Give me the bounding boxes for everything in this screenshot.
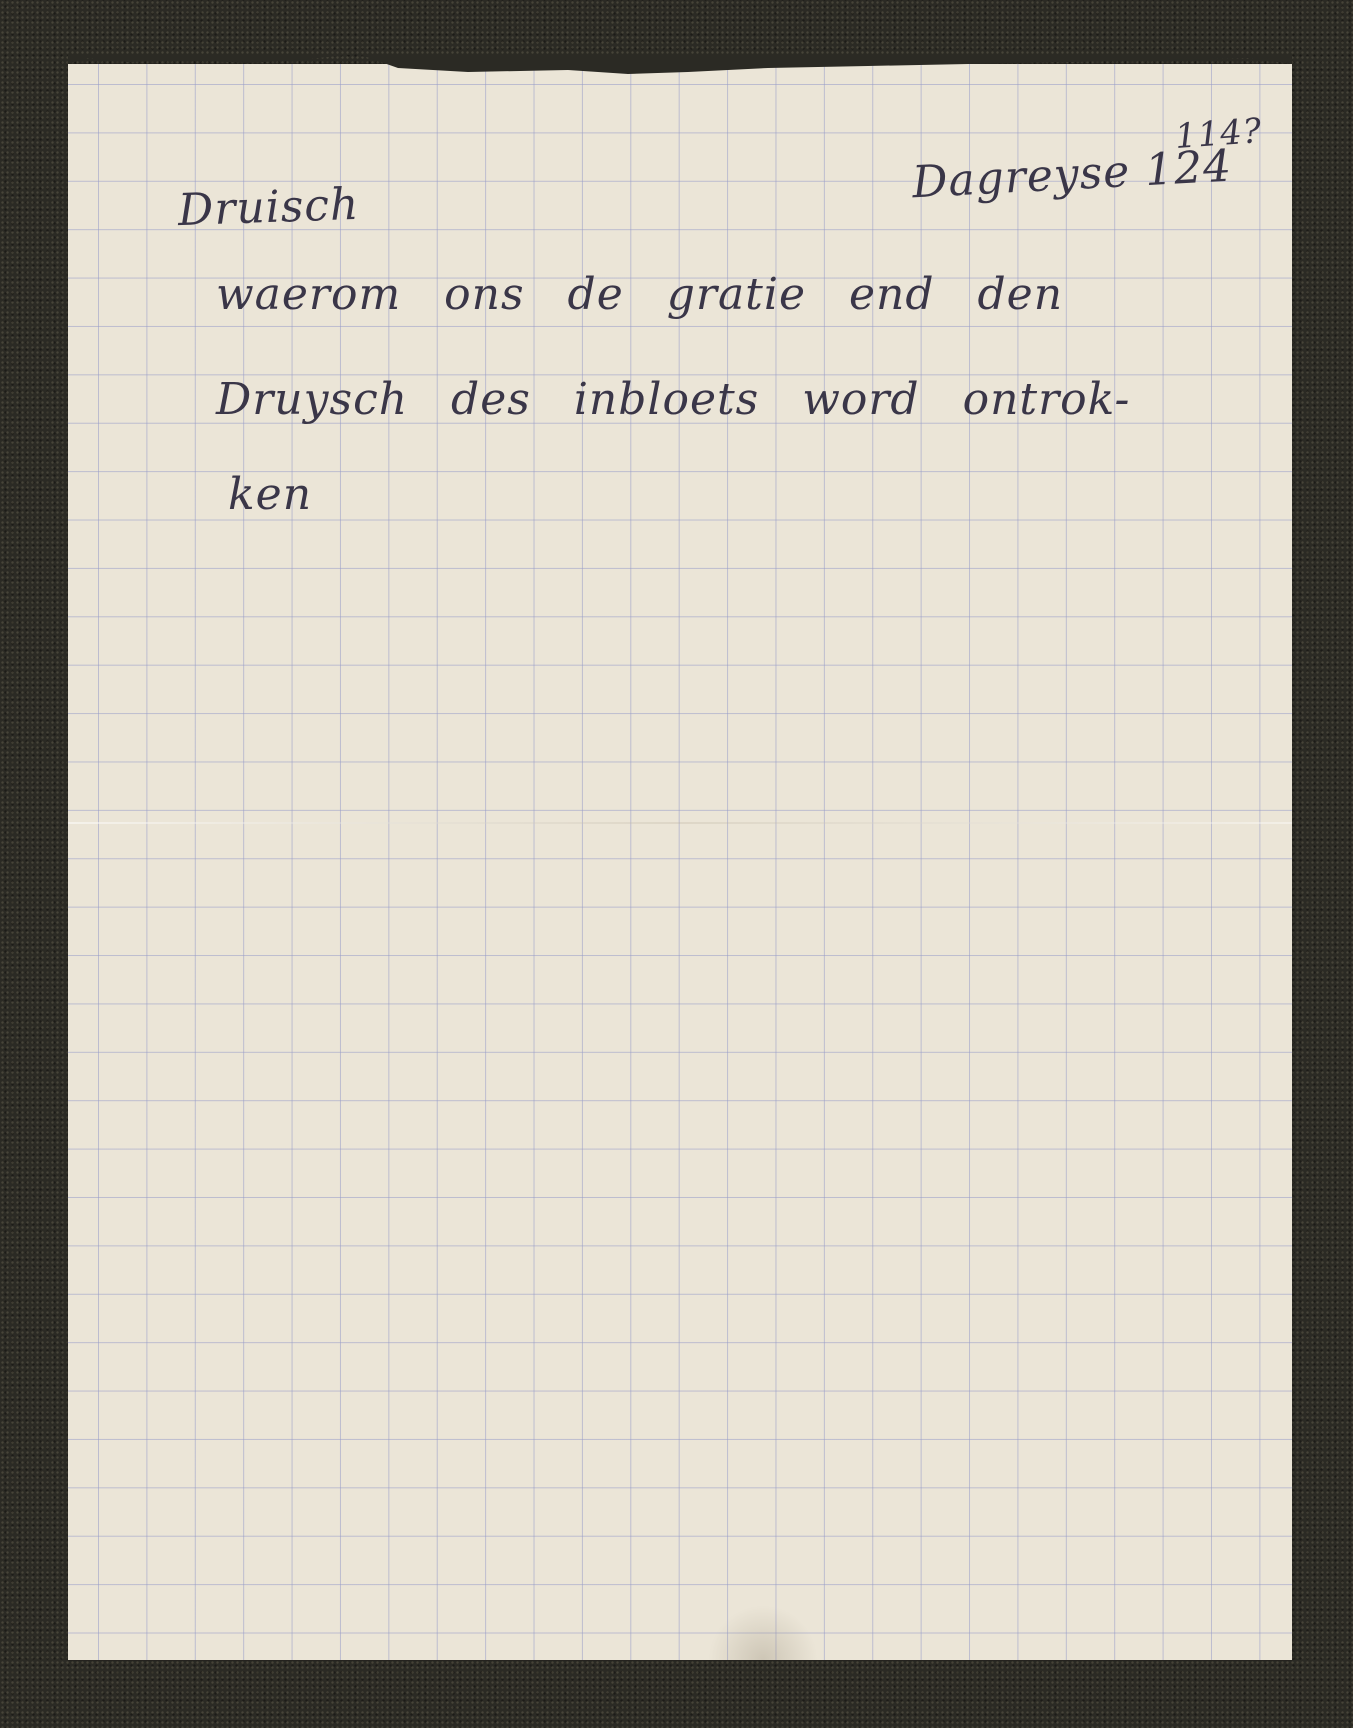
torn-edge (68, 54, 1292, 80)
paper-fold-crease (68, 822, 1292, 824)
body-line-3: ken (228, 469, 312, 520)
body-line-1: waerom ons de gratie end den (216, 269, 1063, 320)
header-dagreyse-reference: Dagreyse 124 (911, 141, 1233, 209)
body-line-2: Druysch des inbloets word ontrok- (216, 374, 1130, 425)
manuscript-page: 114? Dagreyse 124 Druisch waerom ons de … (68, 64, 1292, 1660)
heading-word: Druisch (177, 179, 360, 236)
paper-stain (708, 1605, 818, 1660)
